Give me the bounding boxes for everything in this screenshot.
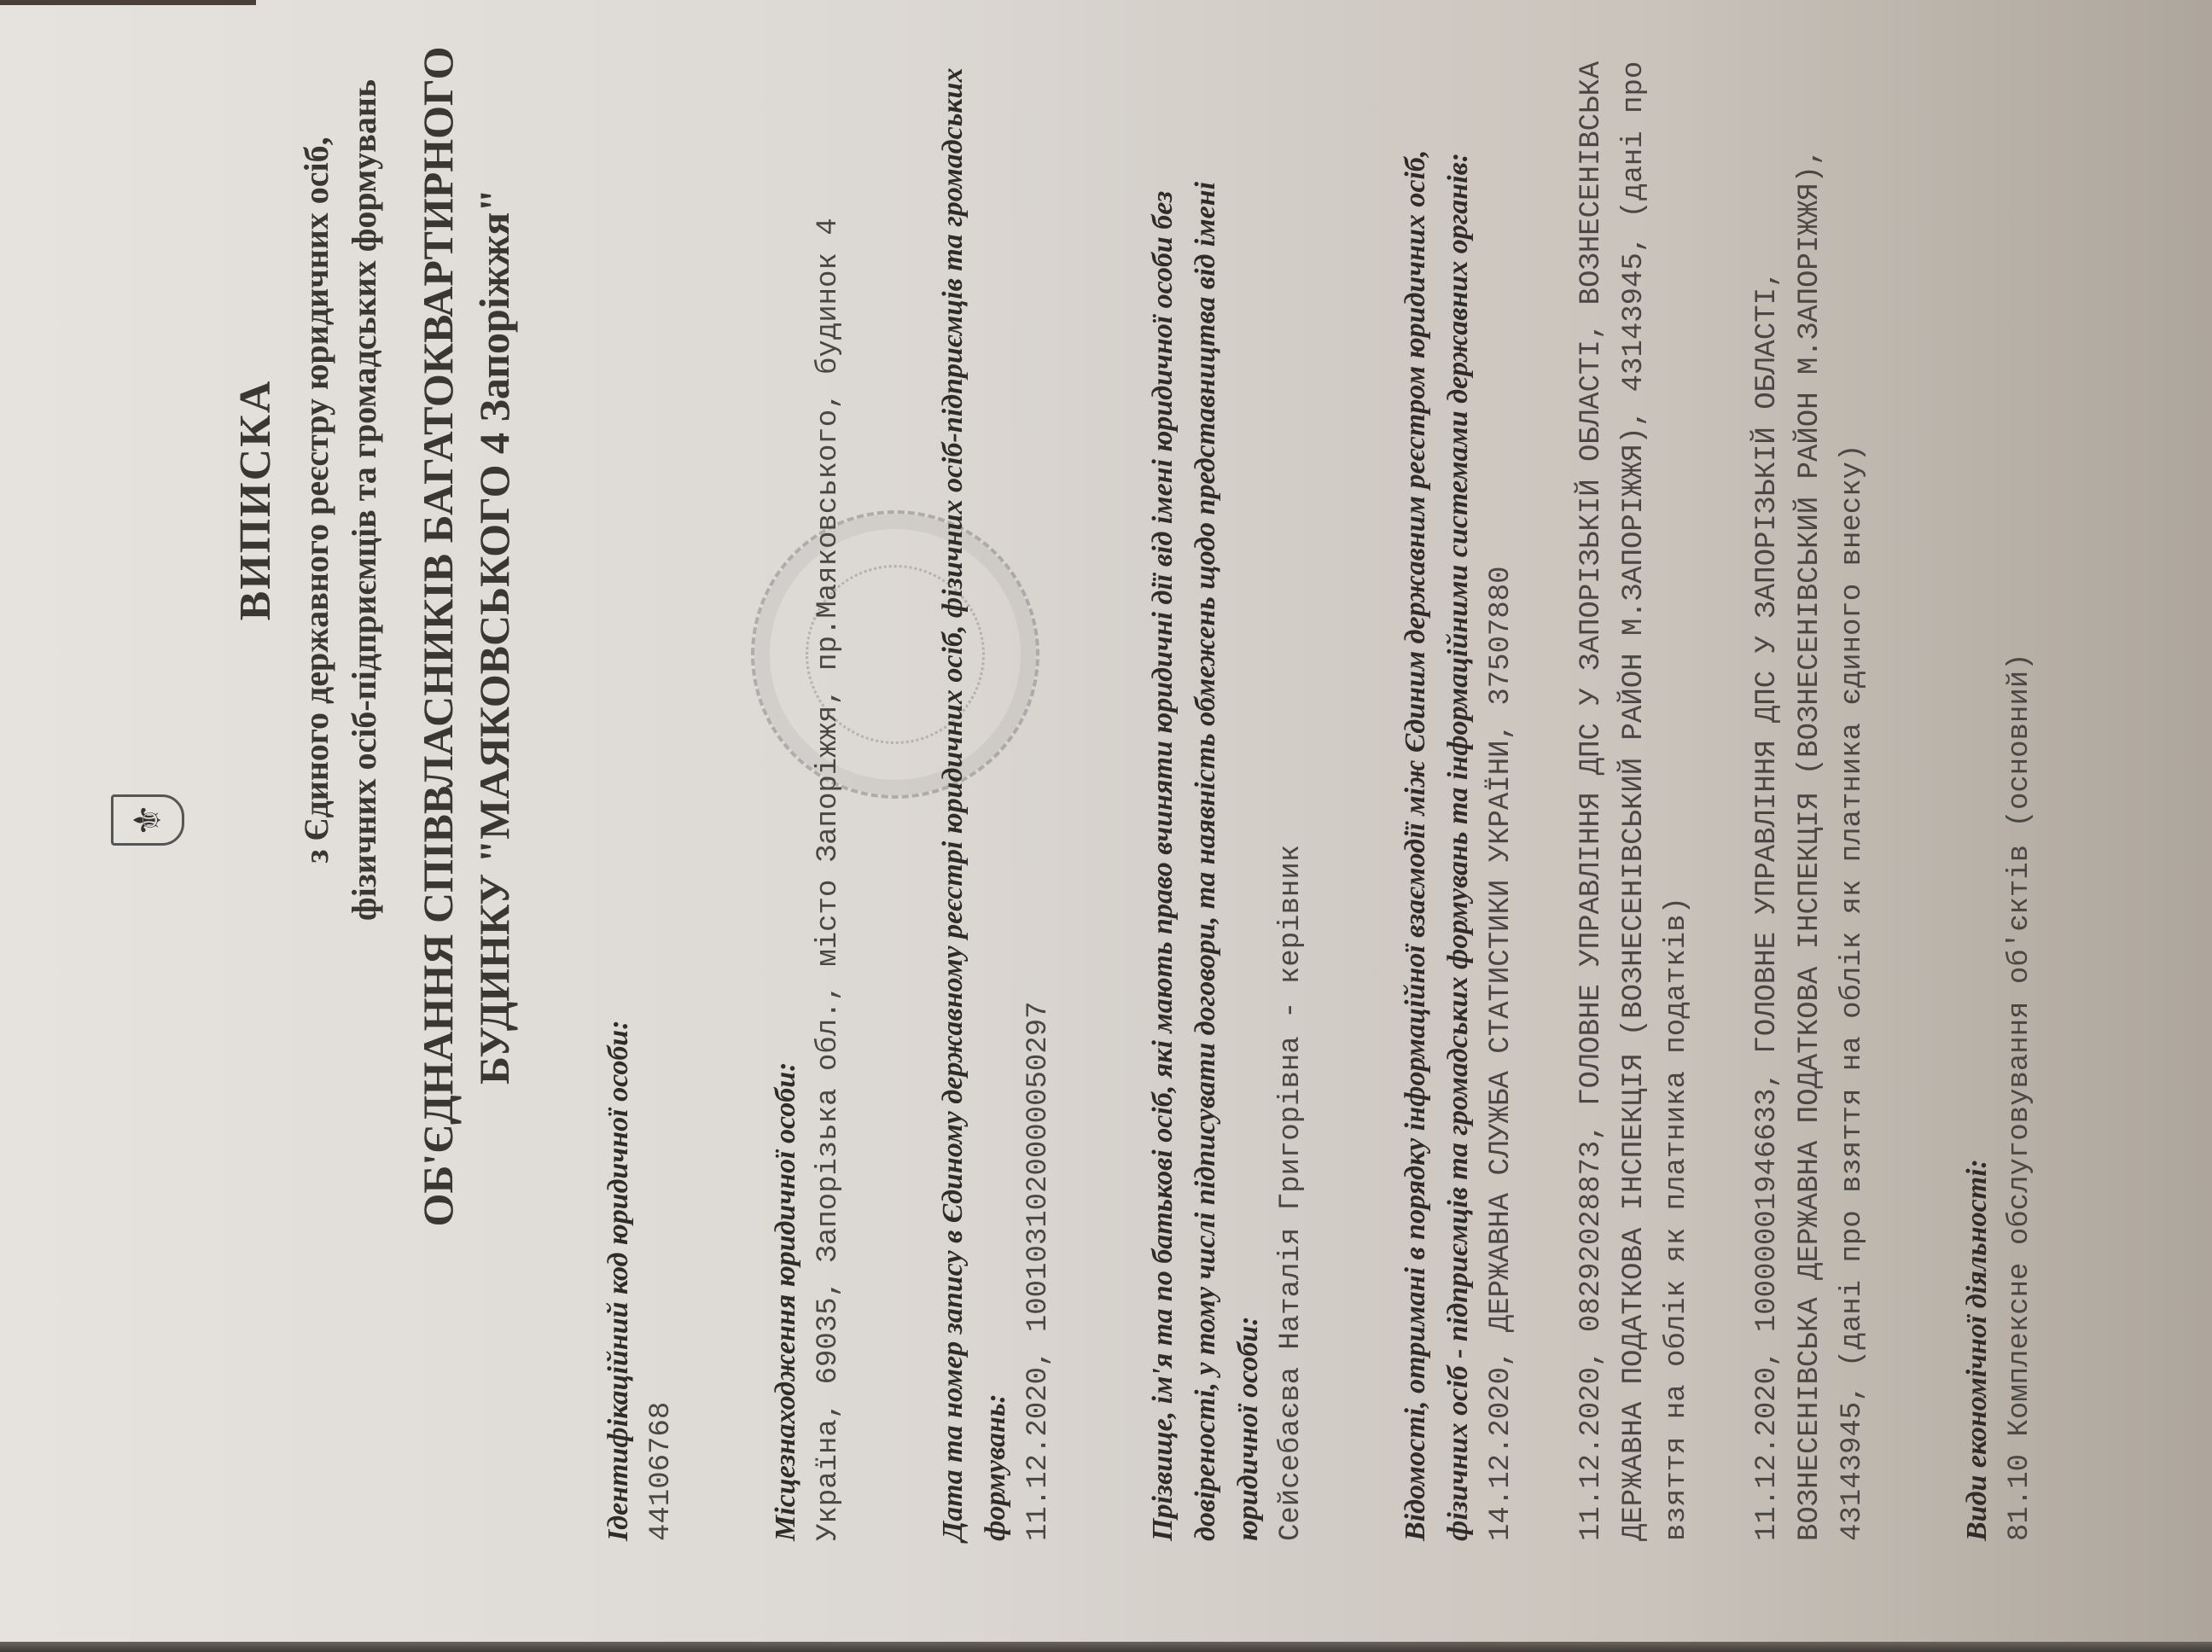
- section-activities: Види економічної діяльності: 81.10 Компл…: [1956, 39, 2041, 1541]
- document-subtitle: з Єдиного державного реєстру юридичних о…: [293, 39, 388, 961]
- registry-extract-page: ⚜ ВИПИСКА з Єдиного державного реєстру ю…: [0, 0, 2212, 1652]
- section-label: Дата та номер запису в Єдиному державном…: [932, 39, 1017, 1541]
- subtitle-line: фізичних осіб-підприємців та громадських…: [341, 39, 388, 961]
- document-title: ВИПИСКА: [230, 39, 281, 961]
- signatory-value: Сейсебаєва Наталія Григорівна - керівник: [1270, 39, 1313, 1541]
- activity-value: 81.10 Комплексне обслуговування об'єктів…: [1999, 39, 2041, 1541]
- trident-coat-of-arms-icon: ⚜: [111, 794, 184, 846]
- section-label: Прізвище, ім'я та по батькові осіб, які …: [1142, 39, 1270, 1541]
- state-body-entry: 11.12.2020, 08292028873, ГОЛОВНЕ УПРАВЛІ…: [1570, 39, 1698, 1541]
- organization-name-line: БУДИНКУ "МАЯКОВСЬКОГО 4 Запоріжжя": [466, 39, 522, 1234]
- section-label: Місцезнаходження юридичної особи:: [765, 39, 807, 1541]
- section-signatories: Прізвище, ім'я та по батькові осіб, які …: [1142, 39, 1313, 1541]
- section-label: Види економічної діяльності:: [1956, 39, 1999, 1541]
- location-value: Україна, 69035, Запорізька обл., місто З…: [807, 39, 850, 1541]
- document-sections: Ідентифікаційний код юридичної особи: 44…: [597, 39, 2123, 1541]
- registration-value: 11.12.2020, 1001031020000050297: [1017, 39, 1060, 1541]
- state-body-entry: 11.12.2020, 10000001946633, ГОЛОВНЕ УПРА…: [1746, 39, 1874, 1541]
- section-id-code: Ідентифікаційний код юридичної особи: 44…: [597, 39, 683, 1541]
- section-label: Відомості, отримані в порядку інформацій…: [1394, 39, 1480, 1541]
- id-code-value: 44106768: [640, 39, 683, 1541]
- organization-name: ОБ'ЄДНАННЯ СПІВВЛАСНИКІВ БАГАТОКВАРТИРНО…: [410, 39, 522, 1234]
- section-state-bodies: Відомості, отримані в порядку інформацій…: [1394, 39, 1874, 1541]
- table-edge-bottom: [0, 1642, 2212, 1652]
- document-photo: ⚜ ВИПИСКА з Єдиного державного реєстру ю…: [0, 0, 2212, 1652]
- section-location: Місцезнаходження юридичної особи: Україн…: [765, 39, 850, 1541]
- state-body-entry: 14.12.2020, ДЕРЖАВНА СЛУЖБА СТАТИСТИКИ У…: [1480, 39, 1522, 1541]
- subtitle-line: з Єдиного державного реєстру юридичних о…: [293, 39, 341, 961]
- section-registration: Дата та номер запису в Єдиному державном…: [932, 39, 1060, 1541]
- section-label: Ідентифікаційний код юридичної особи:: [597, 39, 640, 1541]
- organization-name-line: ОБ'ЄДНАННЯ СПІВВЛАСНИКІВ БАГАТОКВАРТИРНО…: [410, 39, 466, 1234]
- document-heading: ВИПИСКА з Єдиного державного реєстру юри…: [230, 39, 388, 1234]
